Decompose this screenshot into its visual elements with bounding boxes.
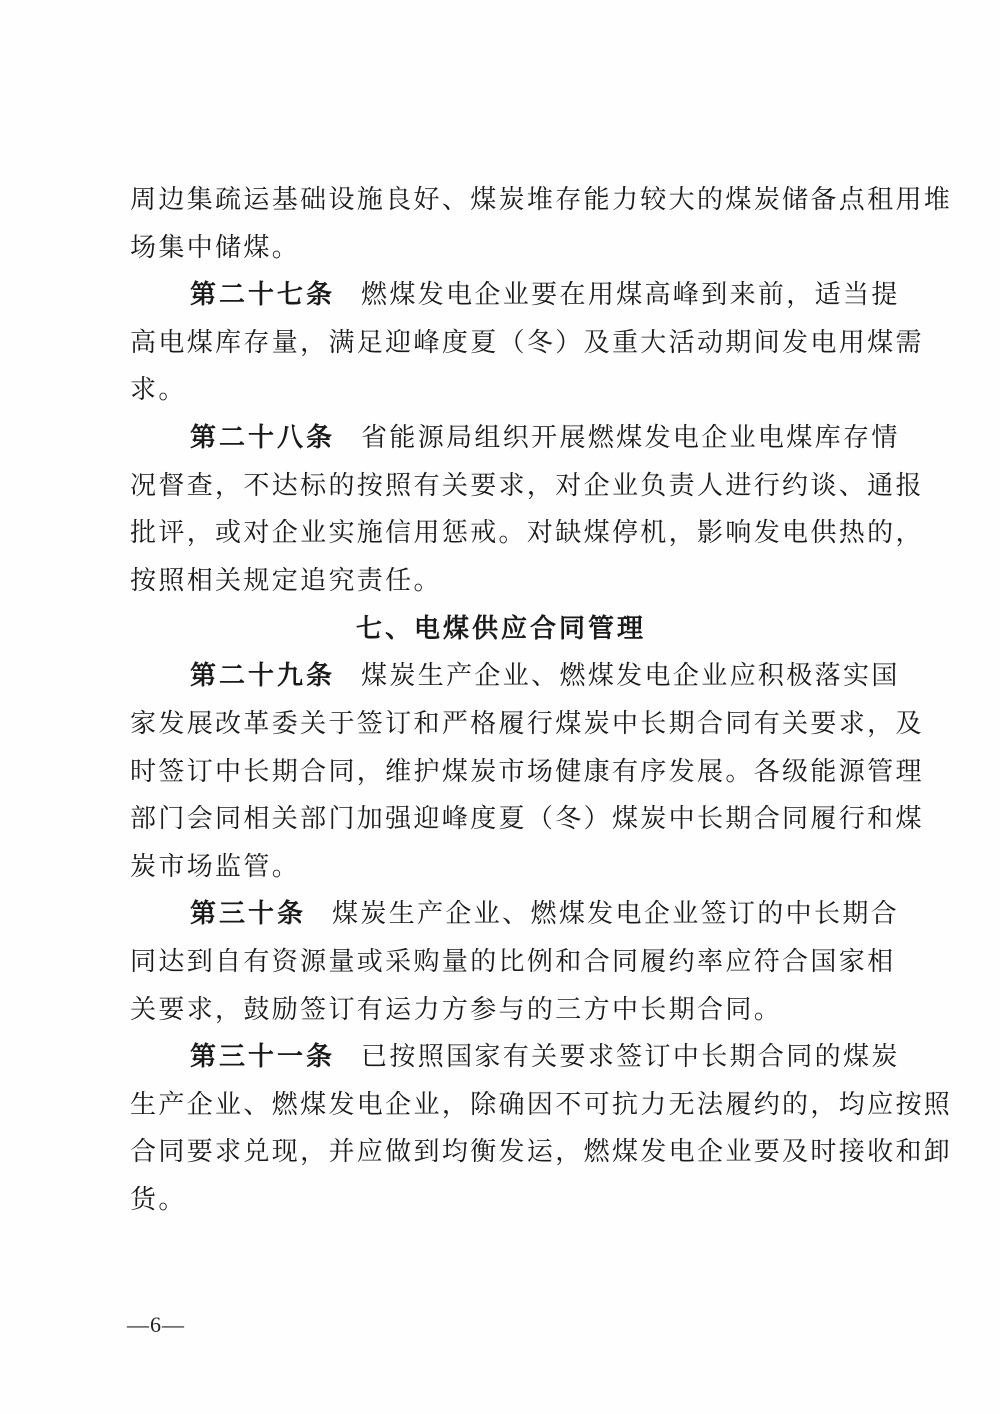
body-line: 况督查，不达标的按照有关要求，对企业负责人进行约谈、通报 bbox=[130, 463, 872, 511]
body-line: 按照相关规定追究责任。 bbox=[130, 558, 872, 606]
article-text: 燃煤发电企业要在用煤高峰到来前，适当提 bbox=[361, 280, 900, 310]
article-label: 第二十七条 bbox=[190, 280, 335, 310]
body-line: 场集中储煤。 bbox=[130, 225, 872, 273]
body-line: 周边集疏运基础设施良好、煤炭堆存能力较大的煤炭储备点租用堆 bbox=[130, 177, 872, 225]
body-line: 生产企业、燃煤发电企业，除确因不可抗力无法履约的，均应按照 bbox=[130, 1082, 872, 1130]
body-line: 货。 bbox=[130, 1177, 872, 1225]
body-line: 炭市场监管。 bbox=[130, 844, 872, 892]
article-28-first-line: 第二十八条省能源局组织开展燃煤发电企业电煤库存情 bbox=[130, 415, 872, 463]
article-29-first-line: 第二十九条煤炭生产企业、燃煤发电企业应积极落实国 bbox=[130, 653, 872, 701]
article-label: 第二十九条 bbox=[190, 661, 335, 691]
article-30-first-line: 第三十条煤炭生产企业、燃煤发电企业签订的中长期合 bbox=[130, 891, 872, 939]
article-text: 煤炭生产企业、燃煤发电企业签订的中长期合 bbox=[332, 899, 899, 929]
page-number: —6— bbox=[127, 1312, 185, 1338]
body-line: 合同要求兑现，并应做到均衡发运，燃煤发电企业要及时接收和卸 bbox=[130, 1129, 872, 1177]
article-27-first-line: 第二十七条燃煤发电企业要在用煤高峰到来前，适当提 bbox=[130, 272, 872, 320]
section-heading: 七、电煤供应合同管理 bbox=[130, 605, 872, 653]
article-31-first-line: 第三十一条已按照国家有关要求签订中长期合同的煤炭 bbox=[130, 1034, 872, 1082]
body-line: 家发展改革委关于签订和严格履行煤炭中长期合同有关要求，及 bbox=[130, 701, 872, 749]
body-line: 求。 bbox=[130, 367, 872, 415]
document-body: 周边集疏运基础设施良好、煤炭堆存能力较大的煤炭储备点租用堆 场集中储煤。 第二十… bbox=[130, 177, 872, 1224]
body-line: 批评，或对企业实施信用惩戒。对缺煤停机，影响发电供热的， bbox=[130, 510, 872, 558]
body-line: 部门会同相关部门加强迎峰度夏（冬）煤炭中长期合同履行和煤 bbox=[130, 796, 872, 844]
article-label: 第二十八条 bbox=[190, 423, 335, 453]
article-text: 已按照国家有关要求签订中长期合同的煤炭 bbox=[361, 1042, 900, 1072]
document-page: 周边集疏运基础设施良好、煤炭堆存能力较大的煤炭储备点租用堆 场集中储煤。 第二十… bbox=[0, 0, 1000, 1414]
body-line: 同达到自有资源量或采购量的比例和合同履约率应符合国家相 bbox=[130, 939, 872, 987]
article-label: 第三十条 bbox=[190, 899, 306, 929]
article-text: 省能源局组织开展燃煤发电企业电煤库存情 bbox=[361, 423, 900, 453]
article-text: 煤炭生产企业、燃煤发电企业应积极落实国 bbox=[361, 661, 900, 691]
body-line: 高电煤库存量，满足迎峰度夏（冬）及重大活动期间发电用煤需 bbox=[130, 320, 872, 368]
body-line: 关要求，鼓励签订有运力方参与的三方中长期合同。 bbox=[130, 987, 872, 1035]
body-line: 时签订中长期合同，维护煤炭市场健康有序发展。各级能源管理 bbox=[130, 749, 872, 797]
article-label: 第三十一条 bbox=[190, 1042, 335, 1072]
